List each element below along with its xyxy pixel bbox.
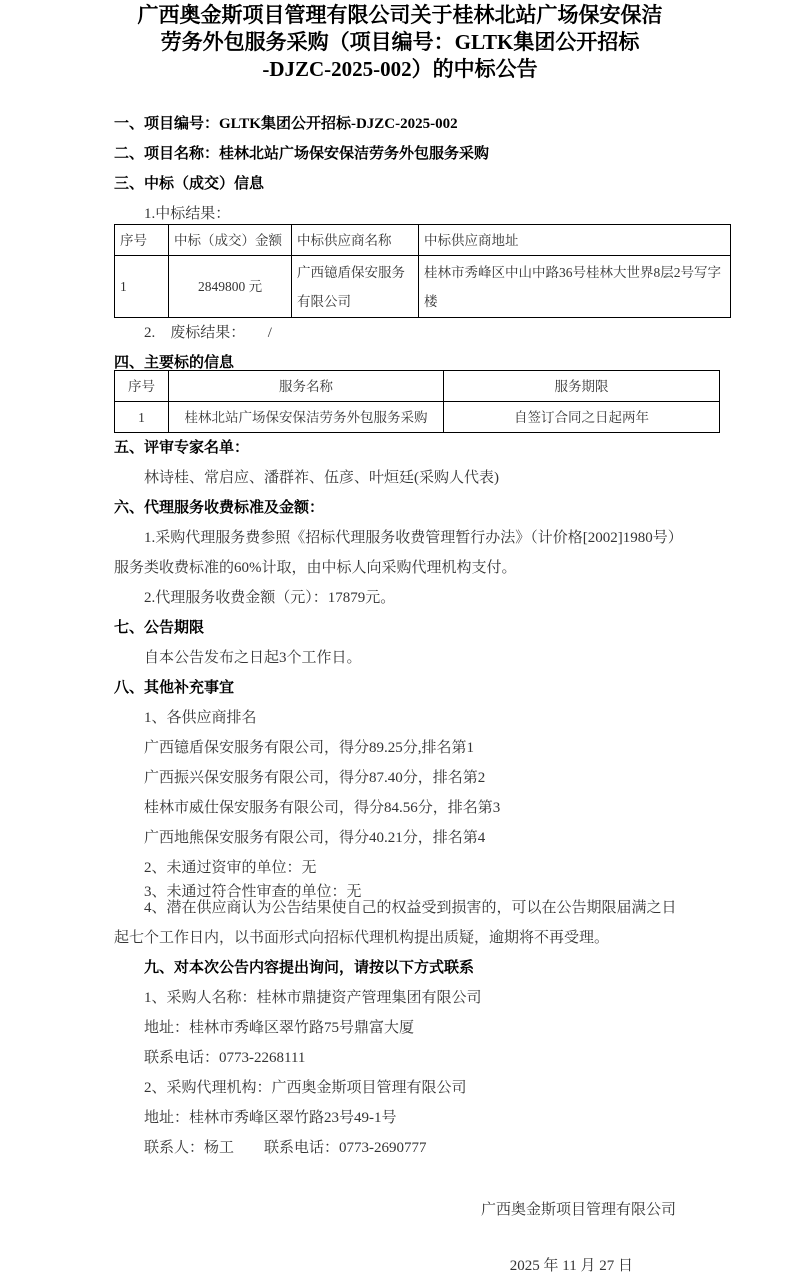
document-title-line-3: -DJZC-2025-002）的中标公告 xyxy=(114,56,686,83)
section-experts-heading: 五、评审专家名单： xyxy=(114,433,686,463)
cell-service-name: 桂林北站广场保安保洁劳务外包服务采购 xyxy=(169,402,444,433)
agency-fee-item-1: 1.采购代理服务费参照《招标代理服务收费管理暂行办法》（计价格[2002]198… xyxy=(114,523,686,583)
cell-seq: 1 xyxy=(115,256,169,318)
document-content: 广西奥金斯项目管理有限公司关于桂林北站广场保安保洁 劳务外包服务采购（项目编号：… xyxy=(114,2,686,1281)
purchaser-name-line: 1、采购人名称：桂林市鼎捷资产管理集团有限公司 xyxy=(114,983,686,1013)
section-project-number-heading: 一、项目编号：GLTK集团公开招标-DJZC-2025-002 xyxy=(114,109,686,139)
purchaser-phone-line: 联系电话：0773-2268111 xyxy=(114,1043,686,1073)
agency-address-line: 地址：桂林市秀峰区翠竹路23号49-1号 xyxy=(114,1103,686,1133)
table-row: 1 桂林北站广场保安保洁劳务外包服务采购 自签订合同之日起两年 xyxy=(115,402,720,433)
announcement-page: 广西奥金斯项目管理有限公司关于桂林北站广场保安保洁 劳务外包服务采购（项目编号：… xyxy=(0,2,793,1281)
section-project-name-heading: 二、项目名称：桂林北站广场保安保洁劳务外包服务采购 xyxy=(114,139,686,169)
document-title-line-2: 劳务外包服务采购（项目编号：GLTK集团公开招标 xyxy=(114,29,686,56)
footer-date: 2025 年 11 月 27 日 xyxy=(114,1251,686,1281)
header-cell-address: 中标供应商地址 xyxy=(419,225,731,256)
supplier-ranking-line-3: 桂林市威仕保安服务有限公司，得分84.56分，排名第3 xyxy=(114,793,686,823)
section-award-info-heading: 三、中标（成交）信息 xyxy=(114,169,686,199)
document-title: 广西奥金斯项目管理有限公司关于桂林北站广场保安保洁 劳务外包服务采购（项目编号：… xyxy=(114,2,686,83)
agency-name-line: 2、采购代理机构：广西奥金斯项目管理有限公司 xyxy=(114,1073,686,1103)
cell-service-term: 自签订合同之日起两年 xyxy=(444,402,720,433)
header-cell-supplier: 中标供应商名称 xyxy=(292,225,419,256)
table-header-row: 序号 中标（成交）金额 中标供应商名称 中标供应商地址 xyxy=(115,225,731,256)
table-row: 1 2849800 元 广西镱盾保安服务有限公司 桂林市秀峰区中山中路36号桂林… xyxy=(115,256,731,318)
cell-seq: 1 xyxy=(115,402,169,433)
cell-supplier: 广西镱盾保安服务有限公司 xyxy=(292,256,419,318)
cell-address: 桂林市秀峰区中山中路36号桂林大世界8层2号写字楼 xyxy=(419,256,731,318)
supplier-ranking-line-2: 广西振兴保安服务有限公司，得分87.40分，排名第2 xyxy=(114,763,686,793)
agency-contact-line: 联系人：杨工 联系电话：0773-2690777 xyxy=(114,1133,686,1163)
header-cell-amount: 中标（成交）金额 xyxy=(169,225,292,256)
header-cell-service-term: 服务期限 xyxy=(444,371,720,402)
announcement-period-body: 自本公告发布之日起3个工作日。 xyxy=(114,643,686,673)
award-result-table: 序号 中标（成交）金额 中标供应商名称 中标供应商地址 1 2849800 元 … xyxy=(114,224,731,318)
section-contact-heading: 九、对本次公告内容提出询问，请按以下方式联系 xyxy=(114,953,686,983)
purchaser-address-line: 地址：桂林市秀峰区翠竹路75号鼎富大厦 xyxy=(114,1013,686,1043)
cell-amount: 2849800 元 xyxy=(169,256,292,318)
section-other-matters-heading: 八、其他补充事宜 xyxy=(114,673,686,703)
experts-names: 林诗桂、常启应、潘群祚、伍彦、叶烜廷(采购人代表) xyxy=(114,463,686,493)
other-matters-item-1-label: 1、各供应商排名 xyxy=(114,703,686,733)
void-result-line: 2. 废标结果： / xyxy=(114,318,686,348)
header-cell-seq: 序号 xyxy=(115,225,169,256)
award-result-table-body: 1 2849800 元 广西镱盾保安服务有限公司 桂林市秀峰区中山中路36号桂林… xyxy=(115,256,731,318)
supplier-ranking-line-1: 广西镱盾保安服务有限公司，得分89.25分,排名第1 xyxy=(114,733,686,763)
footer-company: 广西奥金斯项目管理有限公司 xyxy=(114,1195,686,1225)
other-matters-item-4: 4、潜在供应商认为公告结果使自己的权益受到损害的，可以在公告期限届满之日起七个工… xyxy=(114,893,686,953)
supplier-ranking-line-4: 广西地熊保安服务有限公司，得分40.21分，排名第4 xyxy=(114,823,686,853)
subject-info-table: 序号 服务名称 服务期限 1 桂林北站广场保安保洁劳务外包服务采购 自签订合同之… xyxy=(114,370,720,433)
section-agency-fee-heading: 六、代理服务收费标准及金额： xyxy=(114,493,686,523)
award-result-table-head: 序号 中标（成交）金额 中标供应商名称 中标供应商地址 xyxy=(115,225,731,256)
agency-fee-item-2: 2.代理服务收费金额（元）：17879元。 xyxy=(114,583,686,613)
document-title-line-1: 广西奥金斯项目管理有限公司关于桂林北站广场保安保洁 xyxy=(114,2,686,29)
subject-info-table-body: 1 桂林北站广场保安保洁劳务外包服务采购 自签订合同之日起两年 xyxy=(115,402,720,433)
section-announcement-period-heading: 七、公告期限 xyxy=(114,613,686,643)
